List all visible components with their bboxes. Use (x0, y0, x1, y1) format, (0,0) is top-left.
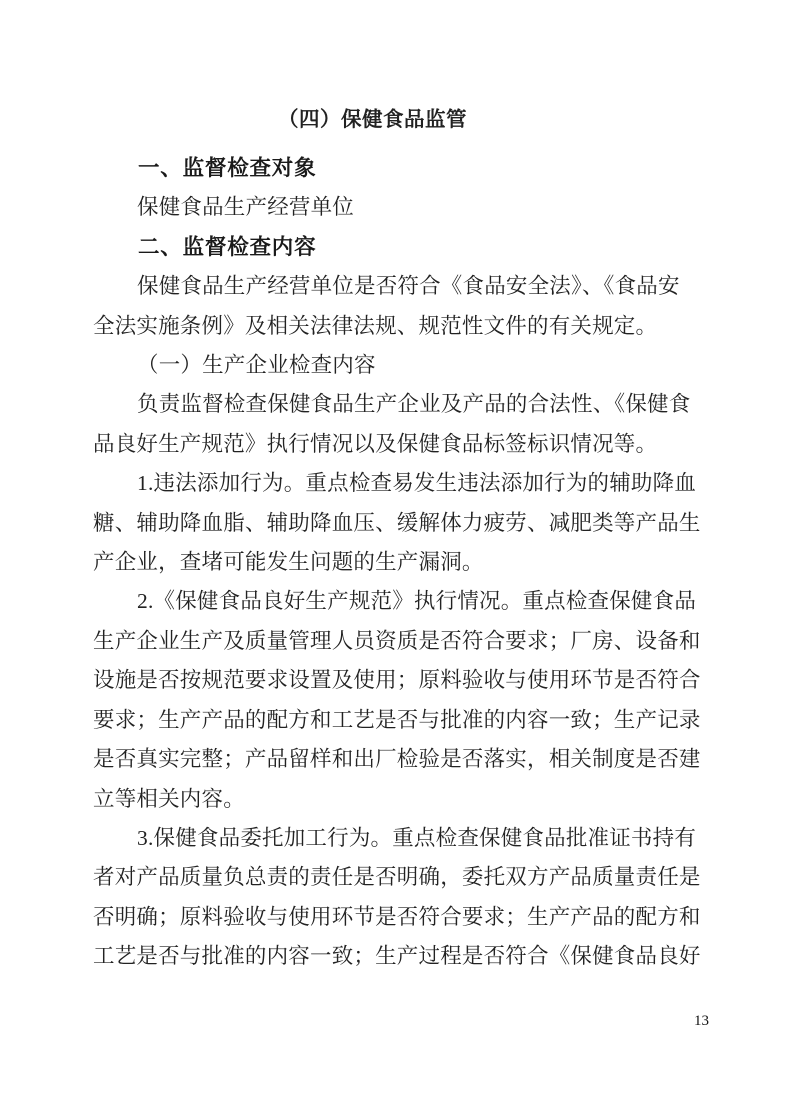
text-line: 设施是否按规范要求设置及使用；原料验收与使用环节是否符合 (93, 661, 700, 700)
text-line: 生产企业生产及质量管理人员资质是否符合要求；厂房、设备和 (93, 622, 700, 661)
document-title: （四）保健食品监管 (278, 97, 700, 143)
page-number: 13 (694, 1012, 709, 1030)
text-line: 保健食品生产经营单位是否符合《食品安全法》、《食品安 (137, 267, 700, 306)
text-line: 负责监督检查保健食品生产企业及产品的合法性、《保健食 (137, 385, 700, 424)
text-line: 保健食品生产经营单位 (137, 188, 700, 227)
text-line: 是否真实完整；产品留样和出厂检验是否落实，相关制度是否建 (93, 740, 700, 779)
text-line: 全法实施条例》及相关法律法规、规范性文件的有关规定。 (93, 307, 700, 346)
text-line: 品良好生产规范》执行情况以及保健食品标签标识情况等。 (93, 425, 700, 464)
text-line: 工艺是否与批准的内容一致；生产过程是否符合《保健食品良好 (93, 937, 700, 976)
text-line: 糖、辅助降血脂、辅助降血压、缓解体力疲劳、减肥类等产品生 (93, 504, 700, 543)
list-item-1-line: 1.违法添加行为。重点检查易发生违法添加行为的辅助降血 (137, 464, 700, 503)
text-line: 产企业，查堵可能发生问题的生产漏洞。 (93, 543, 700, 582)
section-heading-inspection-targets: 一、监督检查对象 (138, 149, 700, 188)
text-line: 要求；生产产品的配方和工艺是否与批准的内容一致；生产记录 (93, 701, 700, 740)
text-line: 者对产品质量负总责的责任是否明确，委托双方产品质量责任是 (93, 858, 700, 897)
document-page: （四）保健食品监管 一、监督检查对象 保健食品生产经营单位 二、监督检查内容 保… (0, 0, 793, 977)
section-heading-inspection-content: 二、监督检查内容 (138, 228, 700, 267)
subsection-heading-production-enterprise: （一）生产企业检查内容 (137, 346, 700, 385)
text-line: 否明确；原料验收与使用环节是否符合要求；生产产品的配方和 (93, 898, 700, 937)
list-item-3-line: 3.保健食品委托加工行为。重点检查保健食品批准证书持有 (137, 819, 700, 858)
list-item-2-line: 2.《保健食品良好生产规范》执行情况。重点检查保健食品 (137, 582, 700, 621)
text-line: 立等相关内容。 (93, 780, 700, 819)
